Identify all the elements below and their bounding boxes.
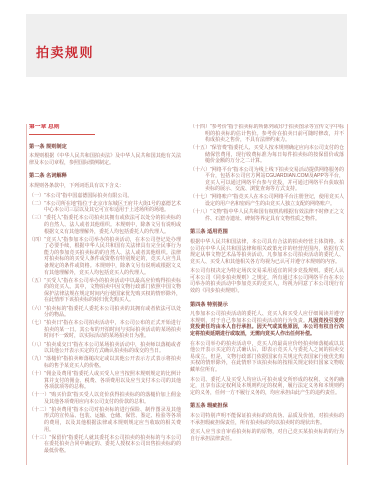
definition-item: （一）“本公司”指中国嘉德国际拍卖有限公司。	[29, 193, 181, 200]
definition-item: （十六）“网络平台”指本公司为线上线下拍卖交易活动提供网络服务的平台，包括本公司…	[190, 167, 344, 193]
definition-item: （十五）“保管费”指委托人、买受人按本规则确定应向本公司支付的仓储保管费用，现行…	[190, 145, 344, 165]
definition-item: （九）“落槌价”指拍卖师落槌决定或以其他公开表示方式表示将拍卖标的售予某竞买人的…	[29, 356, 181, 369]
section-4-paragraph: 本公司、委托人及买受人均应认可拍卖成交所形成的权利、义务的确定，且享有法定权利及…	[190, 377, 344, 397]
definition-item: （十七）“网络账户”指竞买人在本公司网络平台注册登记，使用竞买人设定的用户名和密…	[190, 194, 344, 207]
section-4-heading: 第四条 特别提示	[190, 302, 344, 309]
chapter-heading: 第一章 总则	[29, 124, 95, 135]
page-title: 拍卖规则	[36, 42, 94, 61]
section-5-paragraph: 竞买人应当亲自审看拍卖标的的原物，对自己竞买某拍卖标的的行为自行承担法律责任。	[190, 429, 344, 442]
definition-item: （二）“本公司所在地”指位于北京市东城区王府井大街1号的嘉德艺术中心本公司三层以…	[29, 201, 181, 214]
definition-item: （三）“委托人”指委托本公司拍卖其拥有或依法可以处分的拍卖标的的自然人、法人或者…	[29, 215, 181, 235]
section-2-intro: 本规则各条款中，下列词语具有以下含义：	[29, 183, 181, 190]
section-3-paragraph: 本公司有权决定为特定场次交易采用适宜的同步竞投规则。委托人认可本公司《同步拍卖规…	[190, 268, 344, 294]
definition-item: （十八）“文物”指中华人民共和国有权机构根据有效法律不时修正之文件、石窟寺遗址、…	[190, 209, 344, 222]
right-column: （十四）“参考价”指于拍卖标的所陈列或印于拍卖图录等宣传文字中标明的拍卖标的估计…	[190, 124, 344, 465]
section-4-paragraph: 凡参加本公司拍卖活动的委托人、竞买人和买受人应仔细阅读并遵守本规则，对于自己参加…	[190, 311, 344, 337]
definition-item: （七）“拍卖日”指在本公司拍卖活动中，本公司公布的正式开始进行拍卖的某一日。其公…	[29, 320, 181, 340]
definition-item: （十四）“参考价”指于拍卖标的所陈列或印于拍卖图录等宣传文字中标明的拍卖标的估计…	[190, 124, 344, 144]
definition-item: （十）“佣金及费用”指委托人或买受人应当按照本规则规定的比例计算并支付的佣金、税…	[29, 371, 181, 391]
section-4-paragraph: 在本公司举办的拍卖活动中，竞买人的最高应价经拍卖师落槌或以其他公开表示买定的方式…	[190, 341, 344, 374]
document-page: 拍卖规则 第一章 总则 第一条 规则制定 本规则根据《中华人民共和国拍卖法》及中…	[0, 0, 373, 480]
definition-item: （十二）“拍卖费用”指本公司对拍卖标的进行保险、制作图录及其他形式的宣传品、包装…	[29, 407, 181, 433]
section-5-paragraph: 本公司特别声明不能保证拍卖标的的真伪、品质及价值，对拍卖标的不承担瑕疵担保责任，…	[190, 413, 344, 426]
section-1-body: 本规则根据《中华人民共和国拍卖法》及中华人民共和国其他有关法律及本公司章程，参照…	[29, 153, 181, 166]
section-2-heading: 第二条 名词解释	[29, 173, 181, 180]
definition-item: （八）“拍卖成交日”指在本公司某场拍卖活动中，拍卖师以落槌或者以其他公开表示买定…	[29, 342, 181, 355]
section-3-paragraph: 根据中华人民共和国法律，本公司具有合法的拍卖经营主体资格。本公司在中华人民共和国…	[190, 239, 344, 265]
left-column: 第一章 总则 第一条 规则制定 本规则根据《中华人民共和国拍卖法》及中华人民共和…	[29, 124, 181, 465]
right-frame-rule	[347, 124, 348, 465]
section-1-heading: 第一条 规则制定	[29, 144, 181, 151]
definition-item: （六）“拍卖标的”指委托人委托本公司拍卖的其拥有或者依法可以处分的物品。	[29, 306, 181, 319]
definition-item: （五）“买受人”指在本公司举办的拍卖活动中以最高应价购得拍卖标的的竞买人。其中，…	[29, 278, 181, 304]
definition-item: （十一）“购买价款”指买受人以竞价获得拍卖标的的落槌价加上佣金及其他各项费用应向…	[29, 392, 181, 405]
section-3-heading: 第三条 适用范围	[190, 229, 344, 236]
definition-item: （四）“竞买人”指参加本公司举办的拍卖活动，在本公司登记处办理了必要手续，根据中…	[29, 237, 181, 277]
section-5-heading: 第五条 瑕疵担保	[190, 403, 344, 410]
page-header: 拍卖规则	[26, 14, 347, 77]
left-frame-rule	[26, 124, 27, 465]
definition-item: （十三）“保留价”指委托人就其委托本公司拍卖的拍卖标的与本公司在委托拍卖合同中确…	[29, 435, 181, 455]
